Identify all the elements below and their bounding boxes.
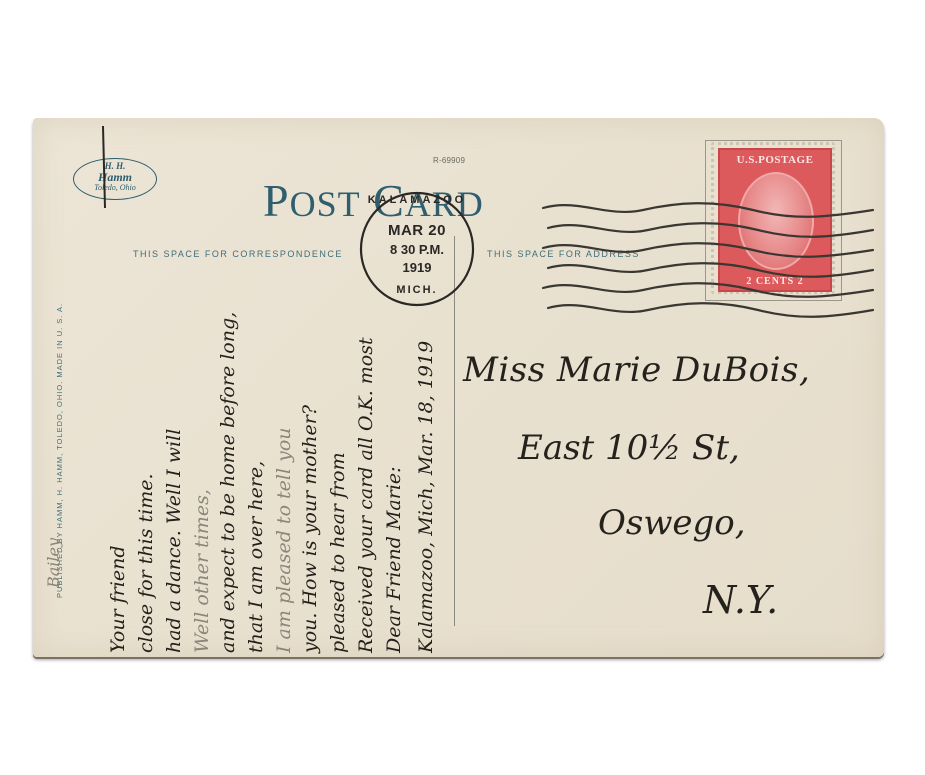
message-line: pleased to hear from	[327, 452, 349, 653]
postmark-year: 1919	[356, 260, 478, 275]
message-line: Dear Friend Marie:	[383, 466, 405, 653]
postmark-city: KALAMAZOO	[356, 194, 478, 206]
address-line-city: Oswego,	[598, 503, 746, 543]
address-line-state: N.Y.	[703, 578, 778, 622]
message-line: had a dance. Well I will	[163, 429, 185, 653]
message-line: Well other times,	[191, 489, 213, 653]
postmark-state: MICH.	[356, 284, 478, 296]
postmark-cancellation: MAR 20 8 30 P.M. 1919 KALAMAZOO MICH.	[356, 188, 478, 310]
postcard-back: R-69909 H. H. Hamm Toledo, Ohio POST CAR…	[33, 118, 884, 657]
postmark-date: MAR 20	[356, 222, 478, 239]
message-signature: Bailey	[43, 538, 65, 588]
message-line: Your friend	[107, 545, 129, 653]
message-line: close for this time.	[135, 473, 157, 653]
message-line: Received your card all O.K. most	[355, 337, 377, 653]
message-line: I am pleased to tell you	[273, 427, 295, 653]
postmark-time: 8 30 P.M.	[356, 242, 478, 257]
message-place-date: Kalamazoo, Mich, Mar. 18, 1919	[415, 341, 437, 653]
message-line: you. How is your mother?	[299, 405, 321, 653]
address-line-name: Miss Marie DuBois,	[463, 350, 810, 390]
address-line-street: East 10½ St,	[518, 428, 740, 468]
message-line: that I am over here,	[245, 461, 267, 653]
message-line: and expect to be home before long,	[217, 312, 239, 653]
